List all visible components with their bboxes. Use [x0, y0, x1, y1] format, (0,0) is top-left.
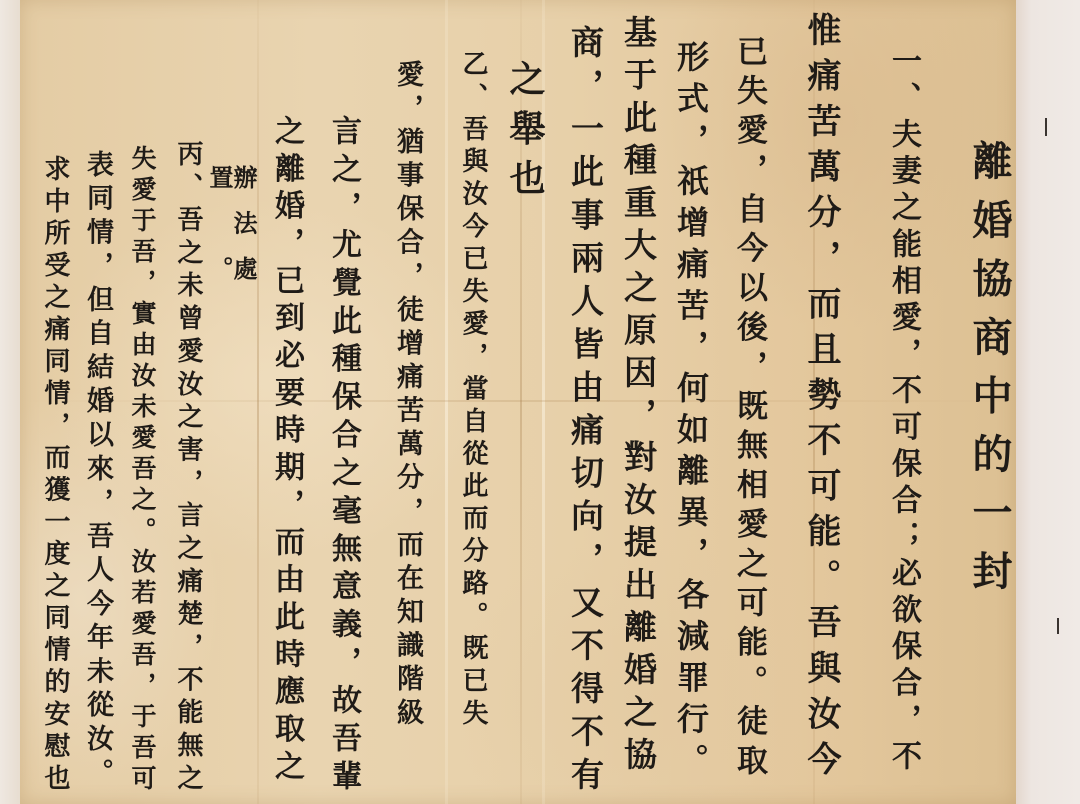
text-column-2: 惟痛苦萬分，而且勢不可能。吾與汝今	[798, 12, 838, 775]
text-column-7: 之舉也	[501, 60, 543, 195]
text-column-12: 辦法處置。	[225, 165, 255, 280]
text-column-9: 愛，猶事保合，徒增痛苦萬分，而在知識階級	[389, 60, 421, 725]
text-column-10: 言之，尤覺此種保合之毫無意義，故吾輩	[322, 115, 358, 790]
text-column-11: 之離婚，已到必要時期，而由此時應取之	[265, 115, 301, 780]
text-column-15: 表同情，但自結婚以來，吾人今年未從汝。	[79, 150, 111, 785]
text-column-16: 求中所受之痛同情，而獲一度之同情的安慰也	[36, 155, 68, 790]
mount-left-edge	[0, 0, 22, 804]
text-column-6: 商，一此事兩人皆由痛切向，又不得不有	[562, 25, 602, 790]
text-column-1: 一、夫妻之能相愛，不可保合；必欲保合，不	[882, 45, 918, 770]
margin-tick-mark	[1045, 118, 1047, 136]
text-column-13: 丙、吾之未曾愛汝之害，言之痛楚，不能無之	[169, 140, 201, 790]
fold-crease	[445, 0, 448, 804]
mount-right-margin	[1015, 0, 1080, 804]
margin-tick-mark	[1057, 618, 1059, 634]
text-column-14: 失愛于吾，實由汝未愛吾之。汝若愛吾，于吾可	[125, 145, 155, 790]
text-column-8: 乙、吾與汝今已失愛，當自從此而分路。既已失	[454, 50, 486, 725]
letter-title: 離婚協商中的一封	[961, 140, 1009, 590]
text-column-5: 基于此種重大之原因，對汝提出離婚之協	[615, 15, 655, 770]
text-column-4: 形式，祇增痛苦，何如離異，各減罪行。	[669, 40, 707, 775]
fold-crease	[257, 0, 259, 804]
text-column-3: 已失愛，自今以後，既無相愛之可能。徒取	[726, 35, 764, 775]
